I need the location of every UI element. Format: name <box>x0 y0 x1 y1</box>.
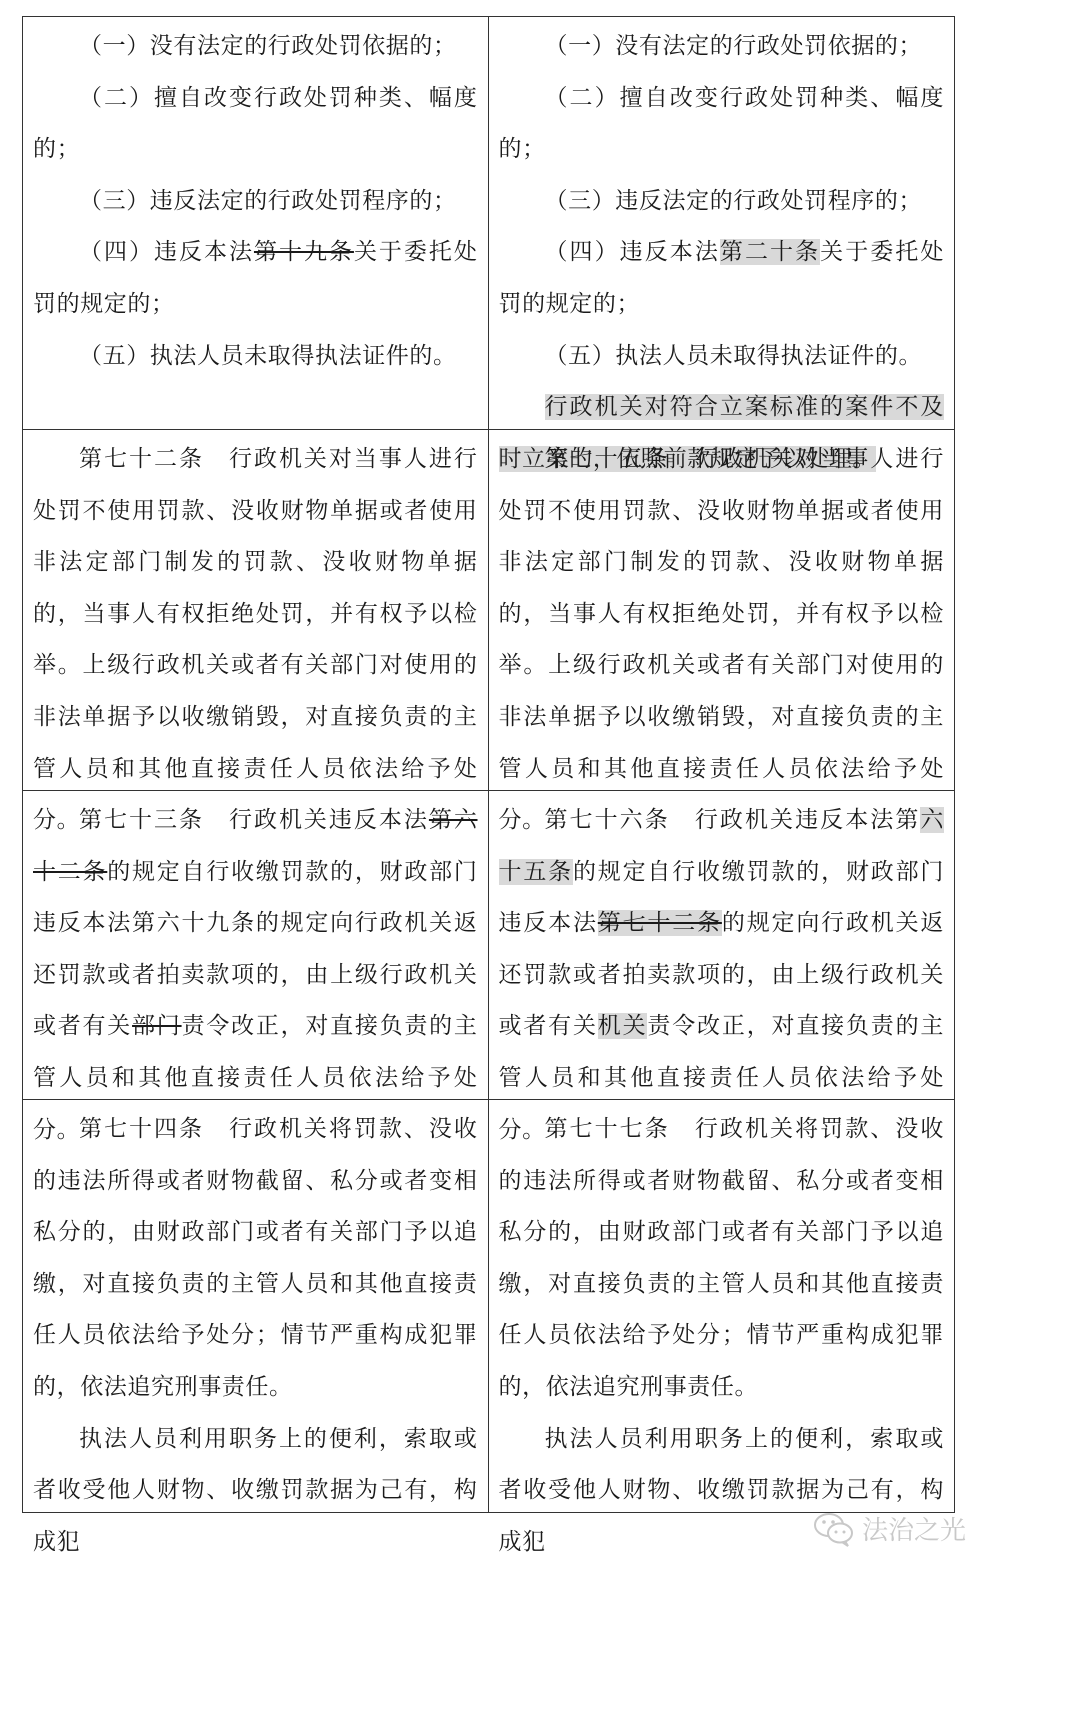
new-text-cell: （一）没有法定的行政处罚依据的；（二）擅自改变行政处罚种类、幅度的；（三）违反法… <box>489 17 955 429</box>
text-segment: （五）执法人员未取得执法证件的。 <box>79 343 457 369</box>
table-row: 第七十二条 行政机关对当事人进行处罚不使用罚款、没收财物单据或者使用非法定部门制… <box>23 429 954 790</box>
paragraph: 第七十五条 行政机关对当事人进行处罚不使用罚款、没收财物单据或者使用非法定部门制… <box>499 434 945 847</box>
new-text-cell: 第七十七条 行政机关将罚款、没收的违法所得或者财物截留、私分或者变相私分的，由财… <box>489 1100 955 1512</box>
paragraph: （二）擅自改变行政处罚种类、幅度的； <box>499 73 945 176</box>
inserted-text: 第二十条 <box>720 239 820 265</box>
paragraph: （四）违反本法第二十条关于委托处罚的规定的； <box>499 227 945 330</box>
text-segment: （四）违反本法 <box>79 239 254 265</box>
text-segment: 第七十二条 行政机关对当事人进行处罚不使用罚款、没收财物单据或者使用非法定部门制… <box>33 446 478 833</box>
paragraph: 执法人员利用职务上的便利，索取或者收受他人财物、收缴罚款据为己有，构成犯 <box>33 1414 478 1569</box>
paragraph: 第七十四条 行政机关将罚款、没收的违法所得或者财物截留、私分或者变相私分的，由财… <box>33 1104 478 1414</box>
table-row: 第七十四条 行政机关将罚款、没收的违法所得或者财物截留、私分或者变相私分的，由财… <box>23 1099 954 1512</box>
old-text-cell: 第七十三条 行政机关违反本法第六十二条的规定自行收缴罚款的，财政部门违反本法第六… <box>23 791 489 1099</box>
text-segment: 执法人员利用职务上的便利，索取或者收受他人财物、收缴罚款据为己有，构成犯 <box>33 1426 478 1555</box>
text-segment: 第七十四条 行政机关将罚款、没收的违法所得或者财物截留、私分或者变相私分的，由财… <box>33 1116 478 1400</box>
old-text-cell: （一）没有法定的行政处罚依据的；（二）擅自改变行政处罚种类、幅度的；（三）违反法… <box>23 17 489 429</box>
text-segment: 第七十五条 行政机关对当事人进行处罚不使用罚款、没收财物单据或者使用非法定部门制… <box>499 446 945 833</box>
paragraph: （五）执法人员未取得执法证件的。 <box>33 331 478 383</box>
paragraph: 第七十七条 行政机关将罚款、没收的违法所得或者财物截留、私分或者变相私分的，由财… <box>499 1104 945 1414</box>
text-segment: （二）擅自改变行政处罚种类、幅度的； <box>33 85 478 163</box>
paragraph: （一）没有法定的行政处罚依据的； <box>499 21 945 73</box>
wechat-icon <box>812 1511 856 1547</box>
table-row: （一）没有法定的行政处罚依据的；（二）擅自改变行政处罚种类、幅度的；（三）违反法… <box>23 17 954 429</box>
deleted-text: 第十九条 <box>254 239 354 265</box>
paragraph: （二）擅自改变行政处罚种类、幅度的； <box>33 73 478 176</box>
deleted-text: 部门 <box>132 1013 182 1039</box>
deleted-text: 第七十二条 <box>598 910 722 936</box>
text-segment: （一）没有法定的行政处罚依据的； <box>79 33 457 59</box>
text-segment: （五）执法人员未取得执法证件的。 <box>545 343 923 369</box>
paragraph: 第七十二条 行政机关对当事人进行处罚不使用罚款、没收财物单据或者使用非法定部门制… <box>33 434 478 847</box>
inserted-text: 机关 <box>598 1013 648 1039</box>
new-text-cell: 第七十五条 行政机关对当事人进行处罚不使用罚款、没收财物单据或者使用非法定部门制… <box>489 430 955 790</box>
text-segment: 第七十六条 行政机关违反本法第 <box>545 807 921 833</box>
old-text-cell: 第七十二条 行政机关对当事人进行处罚不使用罚款、没收财物单据或者使用非法定部门制… <box>23 430 489 790</box>
paragraph: （五）执法人员未取得执法证件的。 <box>499 331 945 383</box>
watermark-text: 法治之光 <box>862 1510 966 1547</box>
text-segment: （一）没有法定的行政处罚依据的； <box>545 33 923 59</box>
paragraph: （一）没有法定的行政处罚依据的； <box>33 21 478 73</box>
paragraph: （四）违反本法第十九条关于委托处罚的规定的； <box>33 227 478 330</box>
text-segment: （三）违反法定的行政处罚程序的； <box>79 188 457 214</box>
new-text-cell: 第七十六条 行政机关违反本法第六十五条的规定自行收缴罚款的，财政部门违反本法第七… <box>489 791 955 1099</box>
paragraph: （三）违反法定的行政处罚程序的； <box>33 176 478 228</box>
table-row: 第七十三条 行政机关违反本法第六十二条的规定自行收缴罚款的，财政部门违反本法第六… <box>23 790 954 1099</box>
text-segment: （四）违反本法 <box>545 239 720 265</box>
text-segment: （二）擅自改变行政处罚种类、幅度的； <box>499 85 945 163</box>
text-segment: （三）违反法定的行政处罚程序的； <box>545 188 923 214</box>
watermark: 法治之光 <box>812 1510 966 1547</box>
old-text-cell: 第七十四条 行政机关将罚款、没收的违法所得或者财物截留、私分或者变相私分的，由财… <box>23 1100 489 1512</box>
paragraph: （三）违反法定的行政处罚程序的； <box>499 176 945 228</box>
text-segment: 第七十三条 行政机关违反本法 <box>79 807 429 833</box>
text-segment: 第七十七条 行政机关将罚款、没收的违法所得或者财物截留、私分或者变相私分的，由财… <box>499 1116 945 1400</box>
comparison-table: （一）没有法定的行政处罚依据的；（二）擅自改变行政处罚种类、幅度的；（三）违反法… <box>22 16 955 1513</box>
